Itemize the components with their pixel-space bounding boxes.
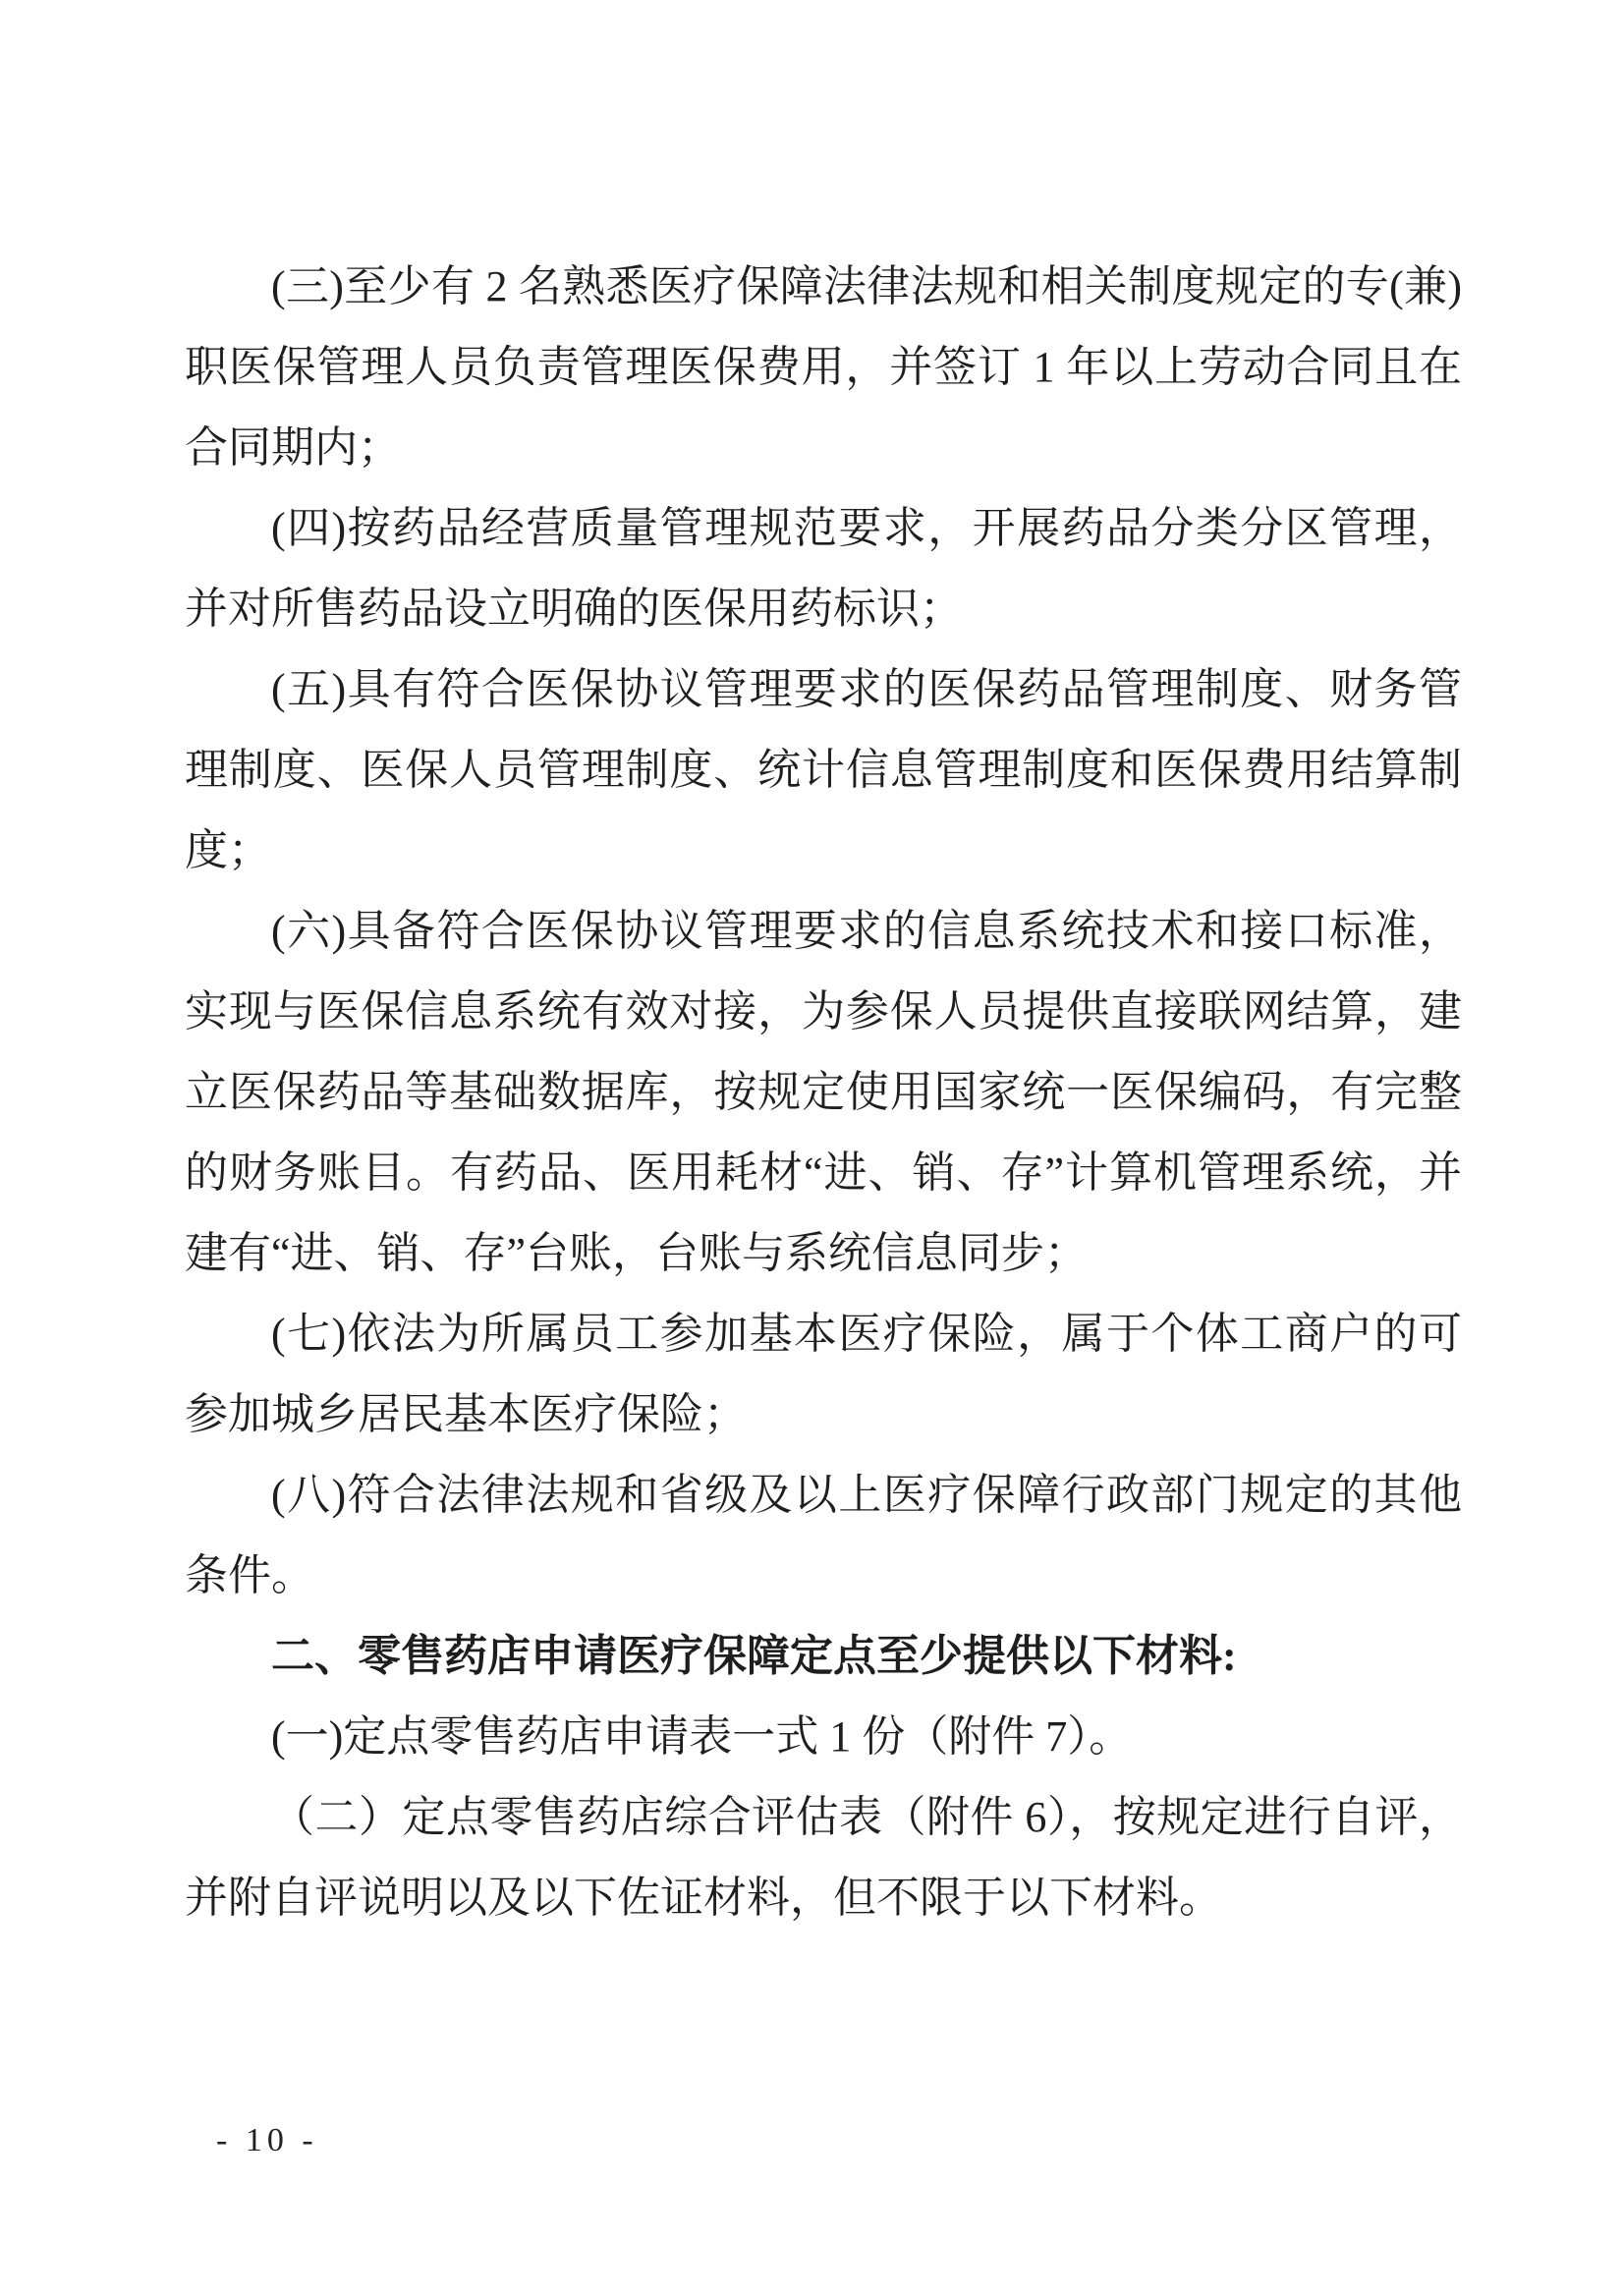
- document-page: (三)至少有 2 名熟悉医疗保障法律法规和相关制度规定的专(兼)职医保管理人员负…: [0, 0, 1623, 2296]
- document-body: (三)至少有 2 名熟悉医疗保障法律法规和相关制度规定的专(兼)职医保管理人员负…: [185, 247, 1462, 1938]
- page-number: - 10 -: [216, 2122, 318, 2159]
- clause-6: (六)具备符合医保协议管理要求的信息系统技术和接口标准，实现与医保信息系统有效对…: [185, 891, 1462, 1294]
- clause-8: (八)符合法律法规和省级及以上医疗保障行政部门规定的其他条件。: [185, 1455, 1462, 1616]
- material-1: (一)定点零售药店申请表一式 1 份（附件 7）。: [185, 1697, 1462, 1777]
- clause-7: (七)依法为所属员工参加基本医疗保险，属于个体工商户的可参加城乡居民基本医疗保险…: [185, 1294, 1462, 1455]
- clause-3: (三)至少有 2 名熟悉医疗保障法律法规和相关制度规定的专(兼)职医保管理人员负…: [185, 247, 1462, 488]
- clause-4: (四)按药品经营质量管理规范要求，开展药品分类分区管理，并对所售药品设立明确的医…: [185, 488, 1462, 649]
- clause-5: (五)具有符合医保协议管理要求的医保药品管理制度、财务管理制度、医保人员管理制度…: [185, 649, 1462, 891]
- section-heading-2: 二、零售药店申请医疗保障定点至少提供以下材料:: [185, 1616, 1462, 1697]
- material-2: （二）定点零售药店综合评估表（附件 6），按规定进行自评，并附自评说明以及以下佐…: [185, 1777, 1462, 1938]
